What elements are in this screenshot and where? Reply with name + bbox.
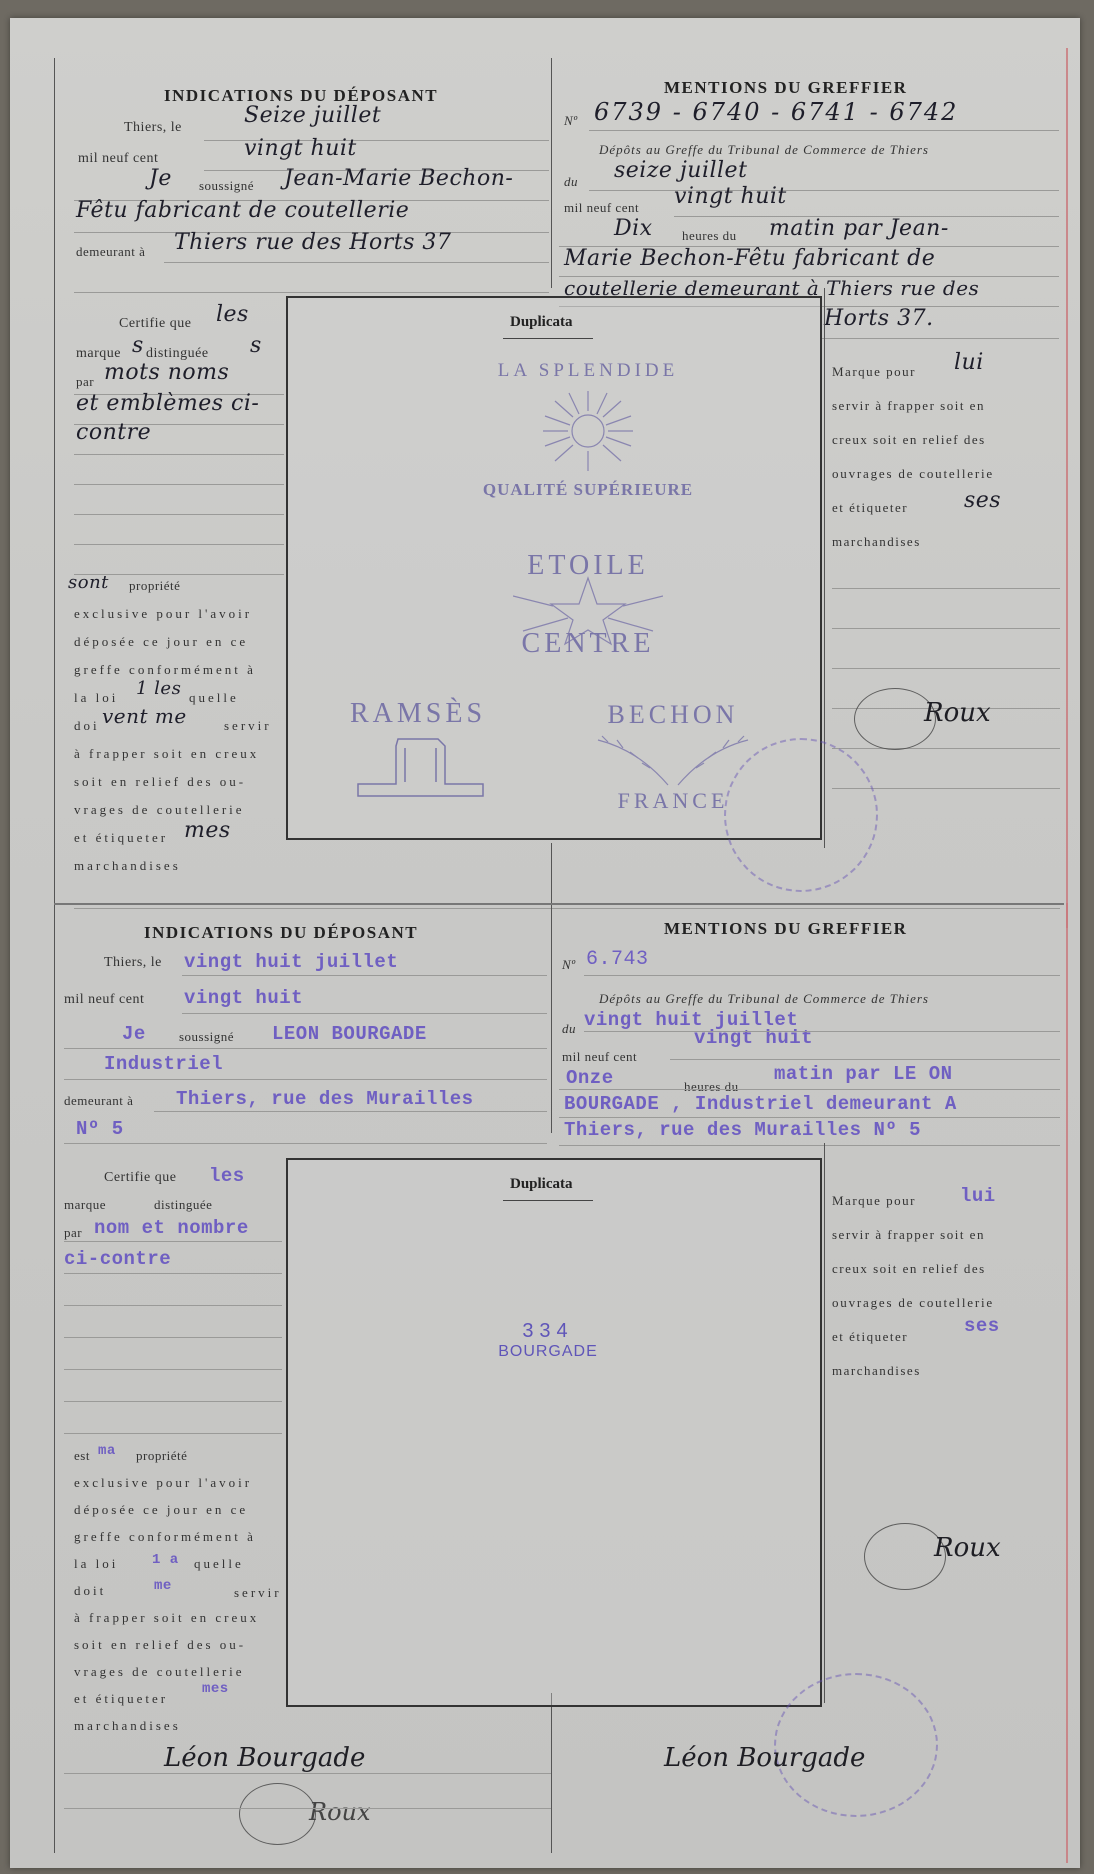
la-loi-label-2: la loi [74,1556,118,1572]
est-typed: ma [98,1443,116,1459]
right-blank-3 [832,668,1060,669]
etiqueter-label-2: et étiqueter [74,1691,168,1707]
marchandises-label: marchandises [74,858,181,874]
par-typed-line1: nom et nombre [94,1217,249,1239]
ouvrages-label: ouvrages de coutellerie [832,466,994,482]
je-typed: Je [122,1023,146,1045]
register-page: INDICATIONS DU DÉPOSANT Thiers, le Seize… [10,18,1080,1868]
exclusive-label: exclusive pour l'avoir [74,606,252,622]
creux-relief-label-2: creux soit en relief des [832,1261,986,1277]
certifie-typed: les [209,1165,245,1187]
column-divider-2 [551,903,552,1133]
distinguee-suffix-handwritten: s [250,333,262,358]
duplicata-underline [503,338,593,339]
sun-rays-icon [533,386,643,476]
par-label-2: par [64,1225,82,1241]
residence-typed-line2: Nº 5 [76,1118,124,1140]
propriete-label: propriété [129,578,180,594]
hour-handwritten: Dix [614,216,653,241]
residence-label: demeurant à [76,244,145,260]
registrar-typed-line2: BOURGADE , Industriel demeurant A [564,1093,957,1115]
doit-label: doit [74,1583,106,1599]
stamp-ramses: RAMSÈS [318,698,518,730]
residence-line [164,262,549,263]
registrar-typed-line1: matin par LE ON [774,1063,953,1085]
left-margin-line [54,58,55,918]
margin-red-line-2 [1066,903,1068,1863]
occupation-handwritten: Fêtu fabricant de coutellerie [76,198,409,223]
ouvrages-label-2: ouvrages de coutellerie [832,1295,994,1311]
trademark-deposit-form-1: INDICATIONS DU DÉPOSANT Thiers, le Seize… [54,48,1064,928]
mes-typed: mes [202,1681,229,1697]
stamp-bechon: BECHON [568,700,778,730]
residence-label-2: demeurant à [64,1093,133,1109]
registrar-marchandises-label: marchandises [832,534,921,550]
city-label: Thiers, le [124,120,182,136]
duplicata-label: Duplicata [510,314,573,331]
je-handwritten: Je [149,166,172,191]
quelle-label: quelle [189,690,239,706]
creux-relief-label: creux soit en relief des [832,432,986,448]
stamp-centre: CENTRE [418,628,758,660]
par-handwritten-line1: mots noms [104,360,229,385]
heures-label: heures du [682,228,737,244]
registrar-text-line-2b [559,1117,1060,1118]
loi-handwritten: 1 les [136,678,181,699]
par-line-2a [64,1241,282,1242]
right-blank-1 [832,588,1060,589]
no-label-2: Nº [562,957,576,973]
depositor-signature-right: Léon Bourgade [664,1743,865,1773]
certifie-label-2: Certifie que [104,1170,176,1186]
doi-label: doi [74,718,100,734]
propriete-label-2: propriété [136,1448,187,1464]
ses-handwritten: ses [964,488,1001,513]
exclusive-label-2: exclusive pour l'avoir [74,1475,252,1491]
marchandises-label-2: marchandises [74,1718,181,1734]
blank-line-2c [64,1369,282,1370]
ses-typed: ses [964,1315,1000,1337]
registrar-year-line-2 [670,1059,1060,1060]
year-handwritten: vingt huit [244,136,357,161]
date-line-2 [182,975,547,976]
du-label: du [564,174,578,190]
depositor-header-2: INDICATIONS DU DÉPOSANT [144,923,418,943]
est-label: est [74,1448,90,1464]
tribunal-seal-stamp [724,738,878,892]
coutellerie-label: vrages de coutellerie [74,802,245,818]
duplicata-underline-2 [503,1200,593,1201]
servir-frapper-label-2: servir à frapper soit en [832,1227,985,1243]
par-label: par [76,374,94,390]
registrar-year-label-2: mil neuf cent [562,1049,637,1065]
greffe-label: greffe conformément à [74,662,256,678]
deposit-number-typed: 6.743 [586,948,649,971]
servir-label-2: servir [234,1585,282,1601]
stamp-name: BOURGADE [448,1343,648,1361]
depositor-signature-left: Léon Bourgade [164,1743,365,1773]
mes-handwritten: mes [184,818,231,843]
relief-label: soit en relief des ou- [74,774,246,790]
lui-handwritten: lui [954,350,984,375]
number-line [589,130,1059,131]
stamp-number: 334 [448,1320,648,1343]
blank-line-2d [64,1401,282,1402]
lui-typed: lui [960,1185,996,1207]
registrar-header-2: MENTIONS DU GREFFIER [664,919,907,939]
left-margin-line-2 [54,903,55,1853]
hour-typed: Onze [566,1067,614,1089]
registrar-marchandises-label-2: marchandises [832,1363,921,1379]
occupation-line-2 [64,1079,547,1080]
blank-line-2e [64,1433,282,1434]
registrar-text-line4: Horts 37. [824,306,934,331]
deposit-date-handwritten: Seize juillet [244,103,381,128]
name-line-2 [64,1048,547,1049]
frapper-label: à frapper soit en creux [74,746,259,762]
par-line-2b [64,1273,282,1274]
distinguee-label-2: distinguée [154,1197,212,1213]
duplicata-box: Duplicata LA SPLENDIDE QUALITÉ SUPÉRIEUR… [286,296,822,840]
depots-label: Dépôts au Greffe du Tribunal de Commerce… [599,142,929,158]
registrar-year-handwritten: vingt huit [674,184,787,209]
relief-label-2: soit en relief des ou- [74,1637,246,1653]
signature-line-2 [64,1808,551,1809]
column-divider [551,58,552,288]
deposit-numbers-handwritten: 6739 - 6740 - 6741 - 6742 [594,98,958,126]
sont-handwritten: sont [68,572,109,593]
depots-label-2: Dépôts au Greffe du Tribunal de Commerce… [599,991,929,1007]
blank-line-1 [74,484,284,485]
marque-pour-label-2: Marque pour [832,1193,916,1209]
blank-line-3 [74,544,284,545]
certifie-handwritten: les [216,302,249,327]
stamp-qualite-superieure: QUALITÉ SUPÉRIEURE [418,480,758,500]
depositor-name-typed: LEON BOURGADE [272,1023,427,1045]
loi-typed: 1 a [152,1552,179,1568]
registrar-text-line-2c [559,1145,1060,1146]
no-label: Nº [564,113,578,129]
registrar-date-handwritten: seize juillet [614,158,747,183]
registrar-text-line-4 [822,338,1059,339]
registrar-signature: Roux [924,698,991,728]
registrar-text-line1: matin par Jean- [769,216,949,241]
quelle-label-2: quelle [194,1556,244,1572]
par-handwritten-line3: contre [76,420,151,445]
servir-label: servir [224,718,272,734]
year-label: mil neuf cent [78,151,158,167]
stamp-la-splendide: LA SPLENDIDE [428,360,748,382]
par-typed-line2: ci-contre [64,1248,171,1270]
registrar-text-line2: Marie Bechon-Fêtu fabricant de [564,246,935,271]
par-line-3 [74,454,284,455]
registrar-signature-2: Roux [934,1533,1001,1563]
ramses-anvil-icon [353,734,488,804]
registrar-date-line [589,190,1059,191]
deposit-date-typed: vingt huit juillet [184,951,398,973]
marque-label-2: marque [64,1197,106,1213]
marque-suffix-handwritten: s [132,333,144,358]
year-typed: vingt huit [184,987,303,1009]
residence-line-2a [154,1111,547,1112]
duplicata-label-2: Duplicata [510,1176,573,1193]
par-handwritten-line2: et emblèmes ci- [76,391,259,416]
registrar-initials: Roux [309,1798,371,1826]
soussigne-label: soussigné [199,178,254,194]
blank-line-2a [64,1305,282,1306]
du-label-2: du [562,1021,576,1037]
residence-line-2 [74,292,549,293]
doit-typed: me [154,1578,172,1594]
blank-line-2b [64,1337,282,1338]
registrar-etiqueter-label-2: et étiqueter [832,1329,908,1345]
duplicata-box-2: Duplicata 334 BOURGADE [286,1158,822,1707]
trademark-deposit-form-2: INDICATIONS DU DÉPOSANT Thiers, le vingt… [54,903,1064,1863]
city-label-2: Thiers, le [104,955,162,971]
registrar-typed-line3: Thiers, rue des Murailles Nº 5 [564,1119,921,1141]
certifie-label: Certifie que [119,316,191,332]
registrar-header: MENTIONS DU GREFFIER [664,78,907,98]
right-blank-5 [832,748,1060,749]
etiqueter-label: et étiqueter [74,830,168,846]
registrar-text-line-2a [559,1089,1060,1090]
frapper-label-2: à frapper soit en creux [74,1610,259,1626]
margin-red-line [1066,48,1068,928]
doivent-handwritten: vent me [102,704,187,728]
blank-line-2 [74,514,284,515]
servir-frapper-label: servir à frapper soit en [832,398,985,414]
occupation-typed: Industriel [104,1053,223,1075]
right-blank-2 [832,628,1060,629]
column-divider-2-lower [551,1693,552,1853]
registrar-etiqueter-label: et étiqueter [832,500,908,516]
number-line-2 [584,975,1060,976]
right-col-divider-2 [824,1143,825,1703]
residence-handwritten: Thiers rue des Horts 37 [174,230,451,255]
registrar-date-line-2 [584,1031,1060,1032]
deposee-label: déposée ce jour en ce [74,634,248,650]
deposee-label-2: déposée ce jour en ce [74,1502,248,1518]
registrar-year-label: mil neuf cent [564,200,639,216]
residence-line-2b [64,1143,547,1144]
coutellerie-label-2: vrages de coutellerie [74,1664,245,1680]
registrar-initials-loop [239,1783,316,1845]
depositor-name-handwritten: Jean-Marie Bechon- [284,166,513,191]
marque-pour-label: Marque pour [832,364,916,380]
signature-line-1 [64,1773,551,1774]
form-2-top-edge [54,903,1064,905]
year-label-2: mil neuf cent [64,992,144,1008]
residence-typed-line1: Thiers, rue des Murailles [176,1088,474,1110]
greffe-label-2: greffe conformément à [74,1529,256,1545]
year-line-2 [182,1013,547,1014]
soussigne-label-2: soussigné [179,1029,234,1045]
